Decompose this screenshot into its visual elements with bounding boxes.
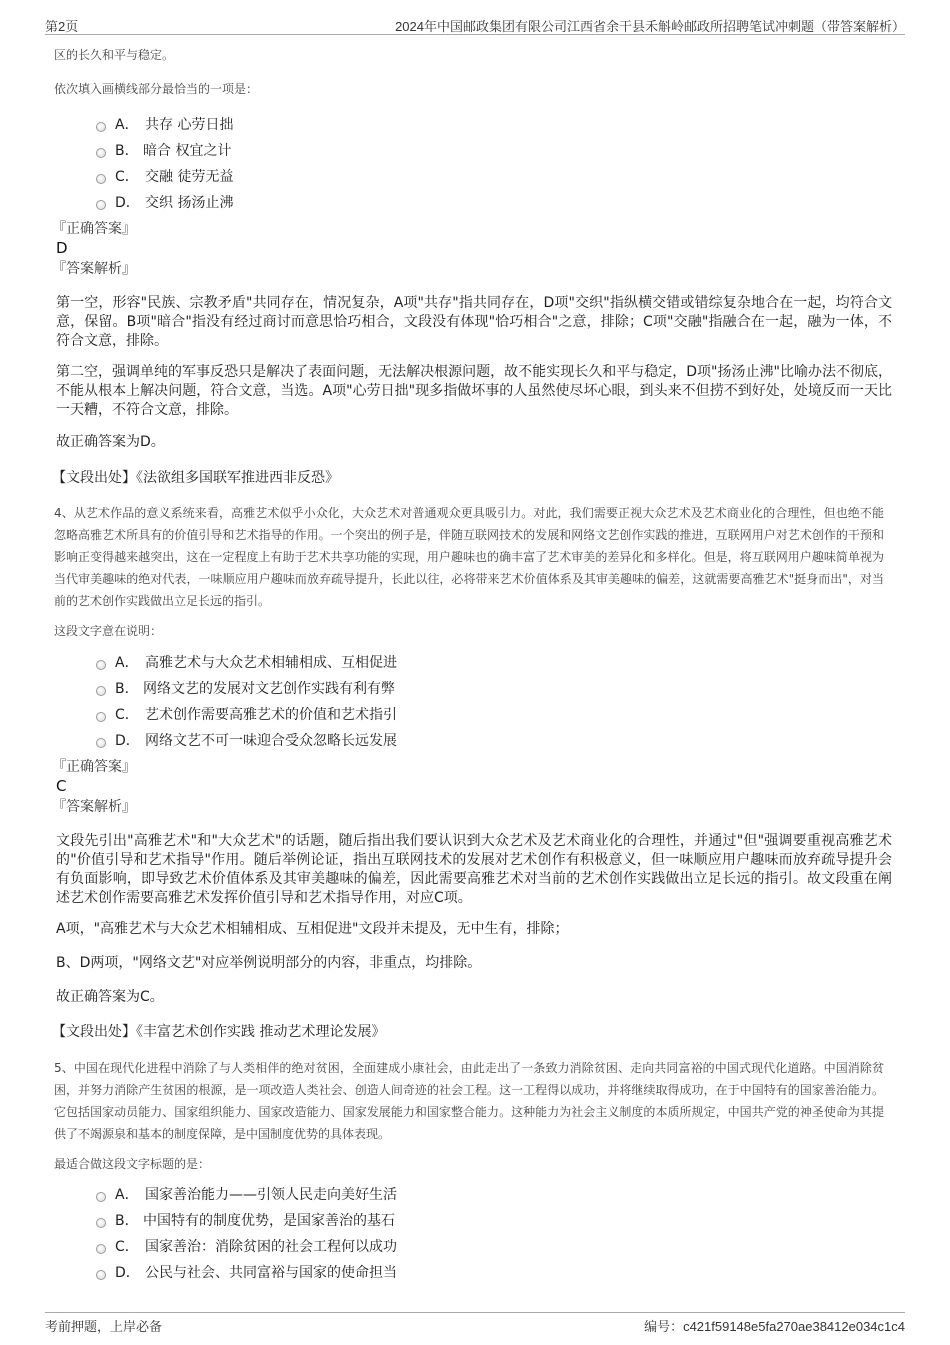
- page-header: 第2页 2024年中国邮政集团有限公司江西省余干县禾斛岭邮政所招聘笔试冲刺题（带…: [45, 14, 905, 35]
- option-letter: D．: [115, 1260, 140, 1286]
- option-d[interactable]: D． 交织 扬汤止沸: [56, 190, 656, 216]
- correct-answer-label: 『正确答案』: [52, 220, 136, 239]
- option-letter: C．: [115, 702, 139, 728]
- option-text: 网络文艺不可一味迎合受众忽略长远发展: [145, 728, 397, 754]
- option-letter: B．: [115, 138, 139, 164]
- option-c[interactable]: C． 艺术创作需要高雅艺术的价值和艺术指引: [56, 702, 656, 728]
- page-number: 第2页: [45, 16, 78, 35]
- analysis-paragraph: A项，"高雅艺术与大众艺术相辅相成、互相促进"文段并未提及，无中生有，排除；: [56, 920, 892, 939]
- analysis-label: 『答案解析』: [52, 798, 136, 817]
- option-text: 交融 徒劳无益: [145, 164, 233, 190]
- question-stem: 5、中国在现代化进程中消除了与人类相伴的绝对贫困，全面建成小康社会，由此走出了一…: [54, 1057, 884, 1145]
- radio-button-icon[interactable]: [96, 686, 106, 696]
- option-d[interactable]: D． 网络文艺不可一味迎合受众忽略长远发展: [56, 728, 656, 754]
- radio-button-icon[interactable]: [96, 1192, 106, 1202]
- option-text: 公民与社会、共同富裕与国家的使命担当: [145, 1260, 397, 1286]
- question-prompt: 最适合做这段文字标题的是：: [54, 1155, 210, 1172]
- correct-answer-label: 『正确答案』: [52, 758, 136, 777]
- option-letter: A．: [115, 112, 139, 138]
- question-stem-tail: 区的长久和平与稳定。: [54, 46, 174, 63]
- option-letter: C．: [115, 164, 139, 190]
- option-text: 网络文艺的发展对文艺创作实践有利有弊: [143, 676, 395, 702]
- option-a[interactable]: A． 高雅艺术与大众艺术相辅相成、互相促进: [56, 650, 656, 676]
- option-letter: B．: [115, 676, 139, 702]
- option-b[interactable]: B． 网络文艺的发展对文艺创作实践有利有弊: [56, 676, 656, 702]
- option-text: 共存 心劳日拙: [145, 112, 233, 138]
- radio-button-icon[interactable]: [96, 1244, 106, 1254]
- radio-button-icon[interactable]: [96, 174, 106, 184]
- radio-button-icon[interactable]: [96, 1218, 106, 1228]
- radio-button-icon[interactable]: [96, 712, 106, 722]
- radio-button-icon[interactable]: [96, 122, 106, 132]
- document-serial-number: 编号：c421f59148e5fa270ae38412e034c1c4: [644, 1316, 905, 1335]
- document-title: 2024年中国邮政集团有限公司江西省余干县禾斛岭邮政所招聘笔试冲刺题（带答案解析…: [395, 16, 905, 35]
- option-a[interactable]: A． 共存 心劳日拙: [56, 112, 656, 138]
- option-text: 艺术创作需要高雅艺术的价值和艺术指引: [145, 702, 397, 728]
- option-a[interactable]: A． 国家善治能力——引领人民走向美好生活: [56, 1182, 656, 1208]
- question-stem: 4、从艺术作品的意义系统来看，高雅艺术似乎小众化，大众艺术对普通观众更具吸引力。…: [54, 502, 884, 612]
- option-text: 交织 扬汤止沸: [145, 190, 233, 216]
- radio-button-icon[interactable]: [96, 1270, 106, 1280]
- option-letter: D．: [115, 728, 140, 754]
- option-b[interactable]: B． 暗合 权宜之计: [56, 138, 656, 164]
- analysis-paragraph: 第一空，形容"民族、宗教矛盾"共同存在，情况复杂，A项"共存"指共同存在，D项"…: [56, 294, 892, 351]
- option-text: 中国特有的制度优势，是国家善治的基石: [143, 1208, 395, 1234]
- analysis-paragraph: B、D两项，"网络文艺"对应举例说明部分的内容，非重点，均排除。: [56, 954, 892, 973]
- question-prompt: 依次填入画横线部分最恰当的一项是：: [54, 80, 258, 97]
- passage-source: 【文段出处】《法欲组多国联军推进西非反恐》: [52, 467, 339, 487]
- options-list: A． 高雅艺术与大众艺术相辅相成、互相促进 B． 网络文艺的发展对文艺创作实践有…: [56, 650, 656, 754]
- question-4: 4、从艺术作品的意义系统来看，高雅艺术似乎小众化，大众艺术对普通观众更具吸引力。…: [56, 502, 896, 612]
- page-footer: 考前押题，上岸必备 编号：c421f59148e5fa270ae38412e03…: [45, 1312, 905, 1337]
- radio-button-icon[interactable]: [96, 148, 106, 158]
- radio-button-icon[interactable]: [96, 738, 106, 748]
- option-letter: B．: [115, 1208, 139, 1234]
- footer-slogan: 考前押题，上岸必备: [45, 1316, 162, 1335]
- radio-button-icon[interactable]: [96, 660, 106, 670]
- options-list: A． 共存 心劳日拙 B． 暗合 权宜之计 C． 交融 徒劳无益 D． 交织 扬…: [56, 112, 656, 216]
- option-text: 高雅艺术与大众艺术相辅相成、互相促进: [145, 650, 397, 676]
- option-letter: C．: [115, 1234, 139, 1260]
- option-letter: D．: [115, 190, 140, 216]
- analysis-paragraph: 文段先引出"高雅艺术"和"大众艺术"的话题，随后指出我们要认识到大众艺术及艺术商…: [56, 832, 892, 908]
- option-d[interactable]: D． 公民与社会、共同富裕与国家的使命担当: [56, 1260, 656, 1286]
- analysis-conclusion: 故正确答案为C。: [56, 988, 164, 1007]
- analysis-paragraph: 第二空，强调单纯的军事反恐只是解决了表面问题，无法解决根源问题，故不能实现长久和…: [56, 363, 892, 420]
- option-text: 国家善治：消除贫困的社会工程何以成功: [145, 1234, 397, 1260]
- correct-answer-value: C: [56, 777, 66, 796]
- correct-answer-value: D: [56, 239, 68, 258]
- option-text: 国家善治能力——引领人民走向美好生活: [145, 1182, 397, 1208]
- option-c[interactable]: C． 交融 徒劳无益: [56, 164, 656, 190]
- question-5: 5、中国在现代化进程中消除了与人类相伴的绝对贫困，全面建成小康社会，由此走出了一…: [56, 1057, 896, 1145]
- option-letter: A．: [115, 650, 139, 676]
- question-prompt: 这段文字意在说明：: [54, 622, 162, 639]
- option-b[interactable]: B． 中国特有的制度优势，是国家善治的基石: [56, 1208, 656, 1234]
- option-letter: A．: [115, 1182, 139, 1208]
- option-text: 暗合 权宜之计: [143, 138, 231, 164]
- options-list: A． 国家善治能力——引领人民走向美好生活 B． 中国特有的制度优势，是国家善治…: [56, 1182, 656, 1286]
- option-c[interactable]: C． 国家善治：消除贫困的社会工程何以成功: [56, 1234, 656, 1260]
- radio-button-icon[interactable]: [96, 200, 106, 210]
- analysis-conclusion: 故正确答案为D。: [56, 433, 165, 452]
- passage-source: 【文段出处】《丰富艺术创作实践 推动艺术理论发展》: [52, 1021, 385, 1041]
- analysis-label: 『答案解析』: [52, 260, 136, 279]
